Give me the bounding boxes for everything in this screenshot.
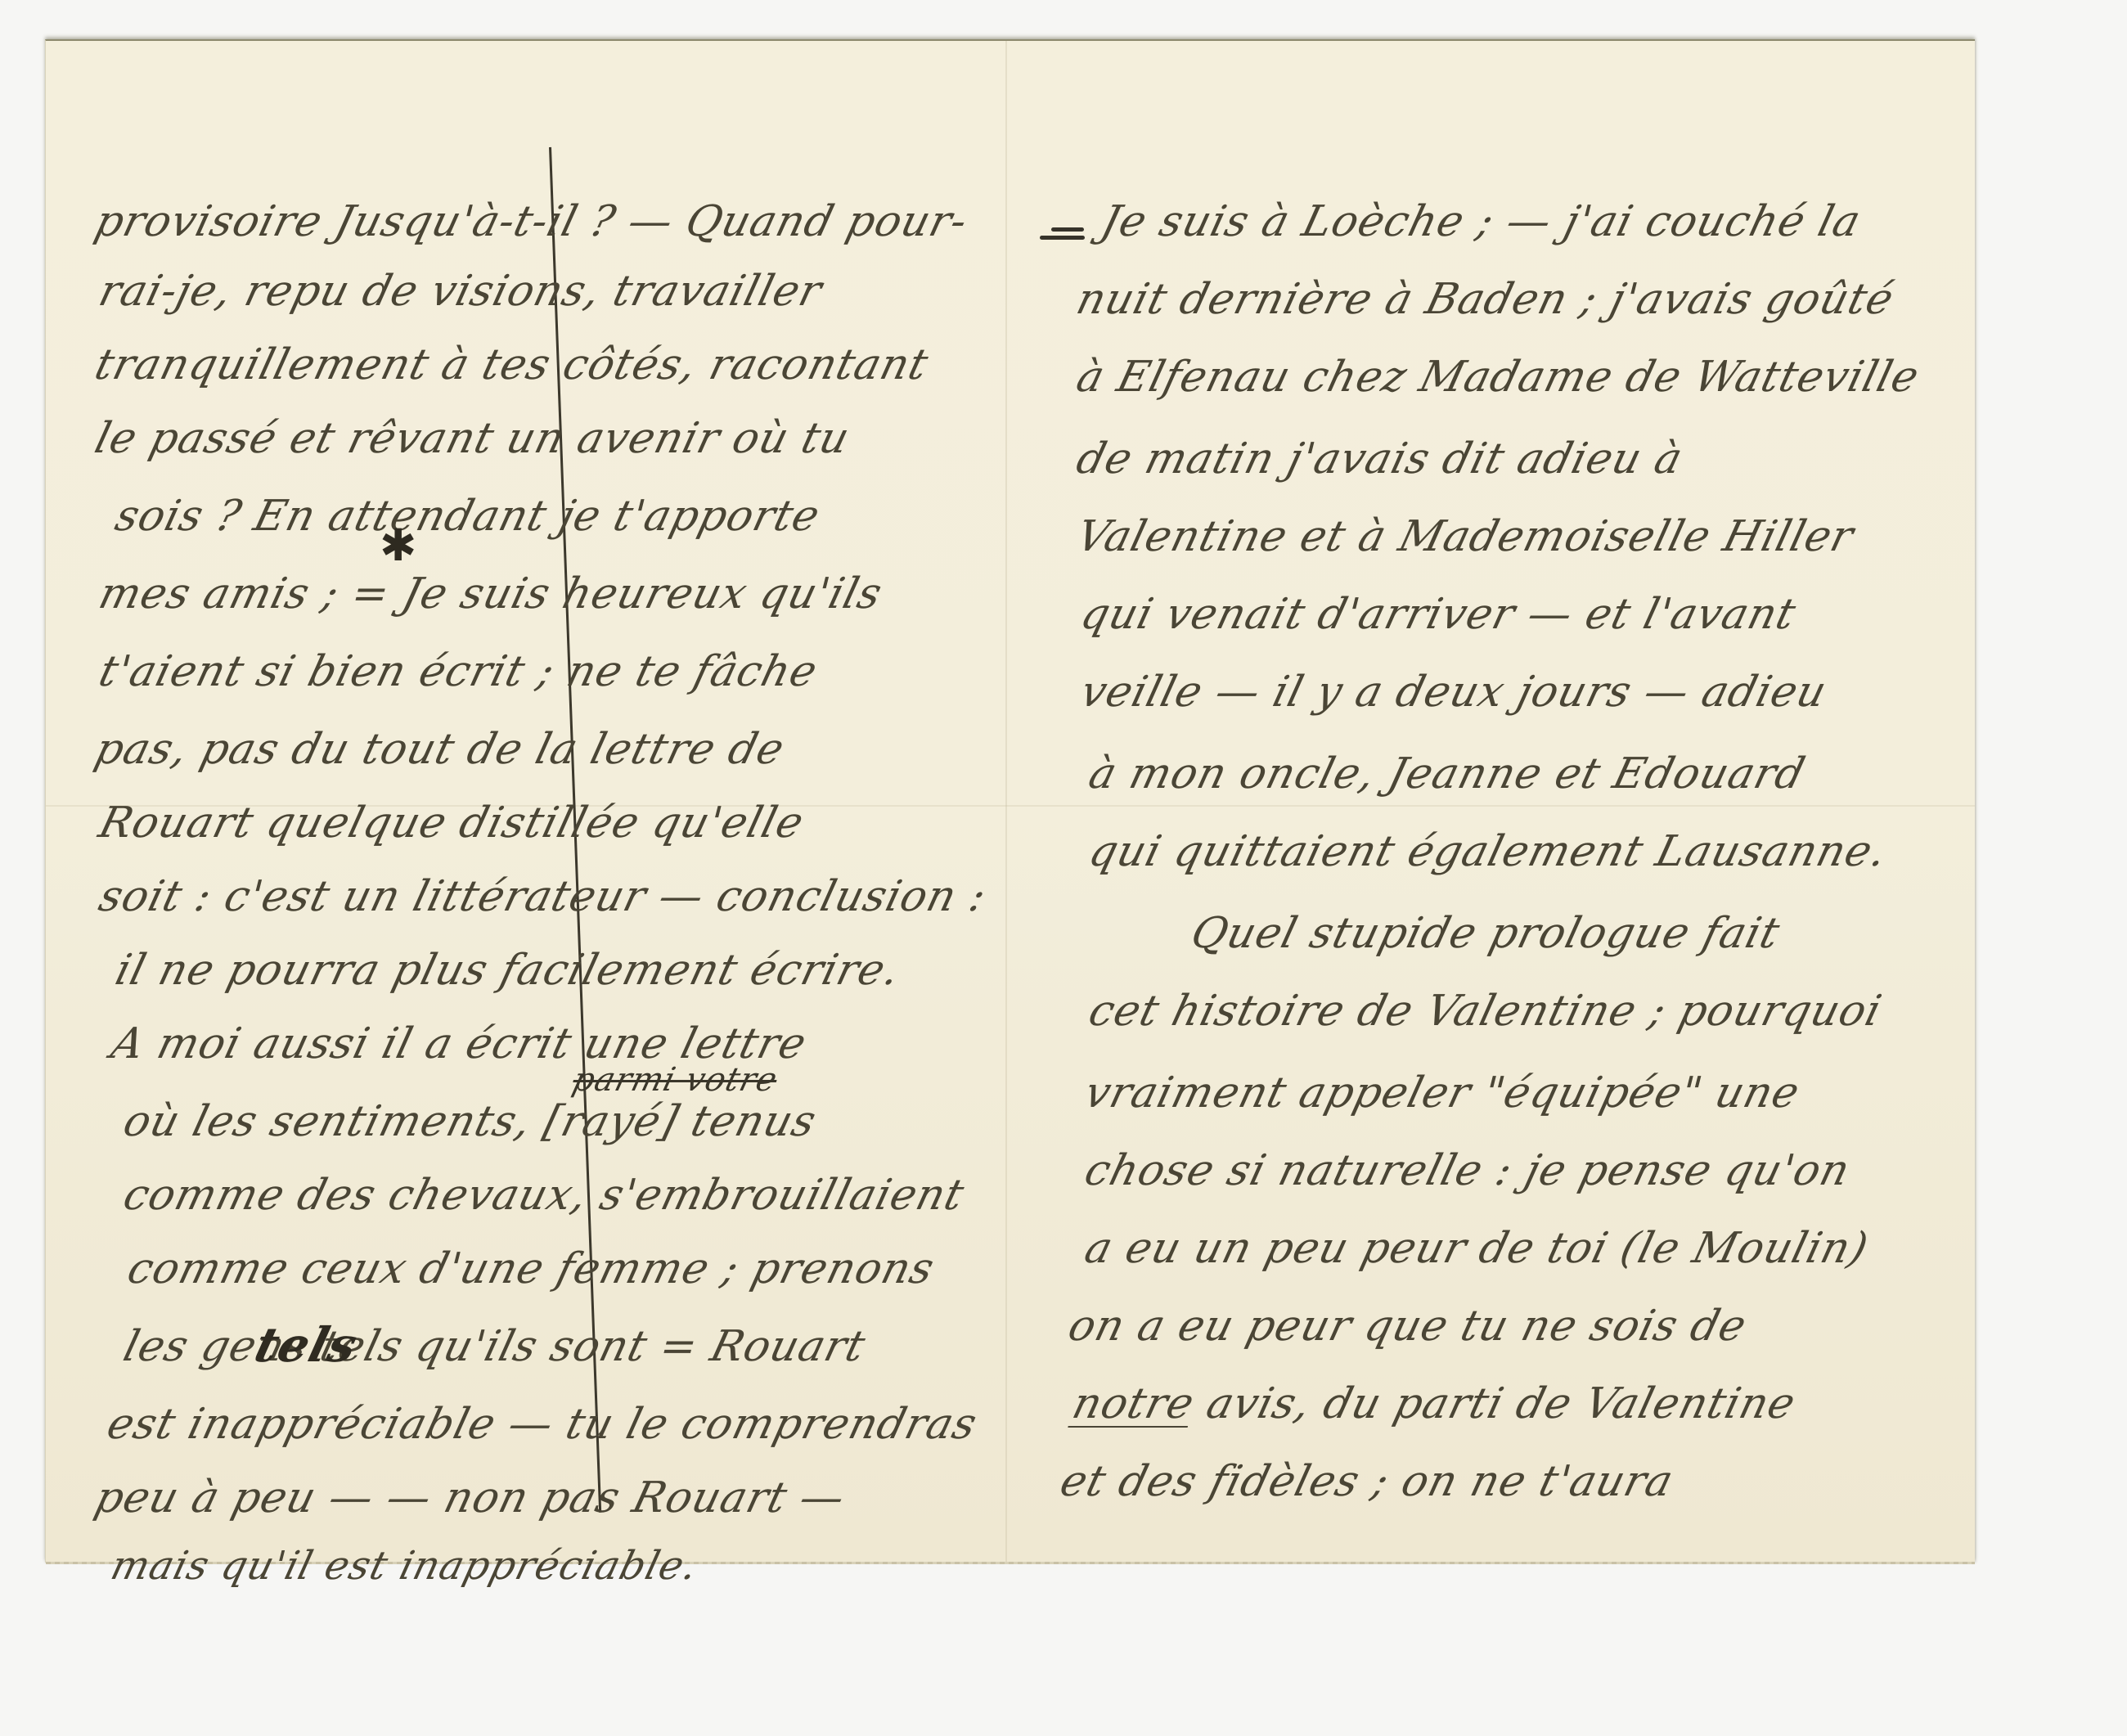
right-line-4: de matin j'avais dit adieu à bbox=[1072, 438, 1687, 480]
right-line-2: nuit dernière à Baden ; j'avais goûté bbox=[1072, 278, 1898, 321]
right-line-13: chose si naturelle : je pense qu'on bbox=[1081, 1149, 1855, 1192]
underlined-notre: notre bbox=[1068, 1379, 1199, 1428]
left-line-13-text: où les sentiments, [rayé] tenus bbox=[119, 1097, 821, 1146]
left-line-17: est inappréciable — tu le comprendras bbox=[103, 1403, 982, 1446]
left-line-19: mais qu'il est inappréciable. bbox=[107, 1546, 702, 1585]
left-line-7: t'aient si bien écrit ; ne te fâche bbox=[95, 650, 822, 693]
right-line-11: cet histoire de Valentine ; pourquoi bbox=[1085, 990, 1886, 1032]
left-line-14: comme des chevaux, s'embrouillaient bbox=[119, 1174, 969, 1217]
right-line-10: Quel stupide prologue fait bbox=[1187, 912, 1784, 955]
left-line-15: comme ceux d'une femme ; prenons bbox=[124, 1248, 938, 1290]
right-page: Je suis à Loèche ; — j'ai couché la nuit… bbox=[1007, 41, 1975, 1563]
crossed-out-word: parmi votre bbox=[569, 1064, 781, 1096]
right-line-9: qui quittaient également Lausanne. bbox=[1085, 830, 1891, 873]
left-line-6: mes amis ; = Je suis heureux qu'ils bbox=[95, 573, 886, 615]
left-line-1: provisoire Jusqu'à-t-il ? — Quand pour- bbox=[91, 200, 972, 243]
correction-word-tels: tels bbox=[250, 1321, 362, 1369]
right-line-6: qui venait d'arriver — et l'avant bbox=[1077, 593, 1800, 636]
left-line-8: pas, pas du tout de la lettre de bbox=[91, 728, 789, 771]
right-line-5: Valentine et à Mademoiselle Hiller bbox=[1072, 515, 1858, 558]
double-bar-mark bbox=[1040, 227, 1085, 242]
left-line-12: A moi aussi il a écrit une lettre bbox=[107, 1023, 811, 1065]
left-line-4: le passé et rêvant un avenir où tu bbox=[91, 417, 854, 460]
left-line-18: peu à peu — — non pas Rouart — bbox=[91, 1477, 849, 1519]
right-line-8: à mon oncle, Jeanne et Edouard bbox=[1085, 753, 1810, 795]
left-line-11: il ne pourra plus facilement écrire. bbox=[111, 949, 904, 992]
left-line-13: où les sentiments, [rayé] tenus bbox=[119, 1100, 821, 1143]
right-line-12: vraiment appeler "équipée" une bbox=[1081, 1072, 1804, 1114]
left-line-16: les gens tels qu'ils sont = Rouart bbox=[119, 1325, 870, 1368]
asterisk-mark: ✱ bbox=[380, 519, 416, 571]
right-line-15: on a eu peur que tu ne sois de bbox=[1064, 1305, 1751, 1347]
left-line-2: rai-je, repu de visions, travailler bbox=[95, 270, 826, 313]
right-line-16-rest-text: avis, du parti de Valentine bbox=[1202, 1379, 1801, 1428]
left-line-9: Rouart quelque distillée qu'elle bbox=[95, 802, 808, 844]
right-line-1: Je suis à Loèche ; — j'ai couché la bbox=[1097, 200, 1865, 243]
right-line-16: notre avis, du parti de Valentine bbox=[1068, 1383, 1800, 1425]
right-line-3: à Elfenau chez Madame de Watteville bbox=[1072, 356, 1923, 398]
left-line-10: soit : c'est un littérateur — conclusion… bbox=[95, 875, 991, 918]
right-line-14: a eu un peu peur de toi (le Moulin) bbox=[1081, 1227, 1873, 1270]
left-line-5: sois ? En attendant je t'apporte bbox=[111, 495, 824, 537]
right-line-7: veille — il y a deux jours — adieu bbox=[1077, 671, 1831, 713]
letter-sheet: provisoire Jusqu'à-t-il ? — Quand pour- … bbox=[45, 39, 1975, 1563]
left-page: provisoire Jusqu'à-t-il ? — Quand pour- … bbox=[46, 41, 1005, 1563]
left-line-3: tranquillement à tes côtés, racontant bbox=[91, 344, 933, 386]
